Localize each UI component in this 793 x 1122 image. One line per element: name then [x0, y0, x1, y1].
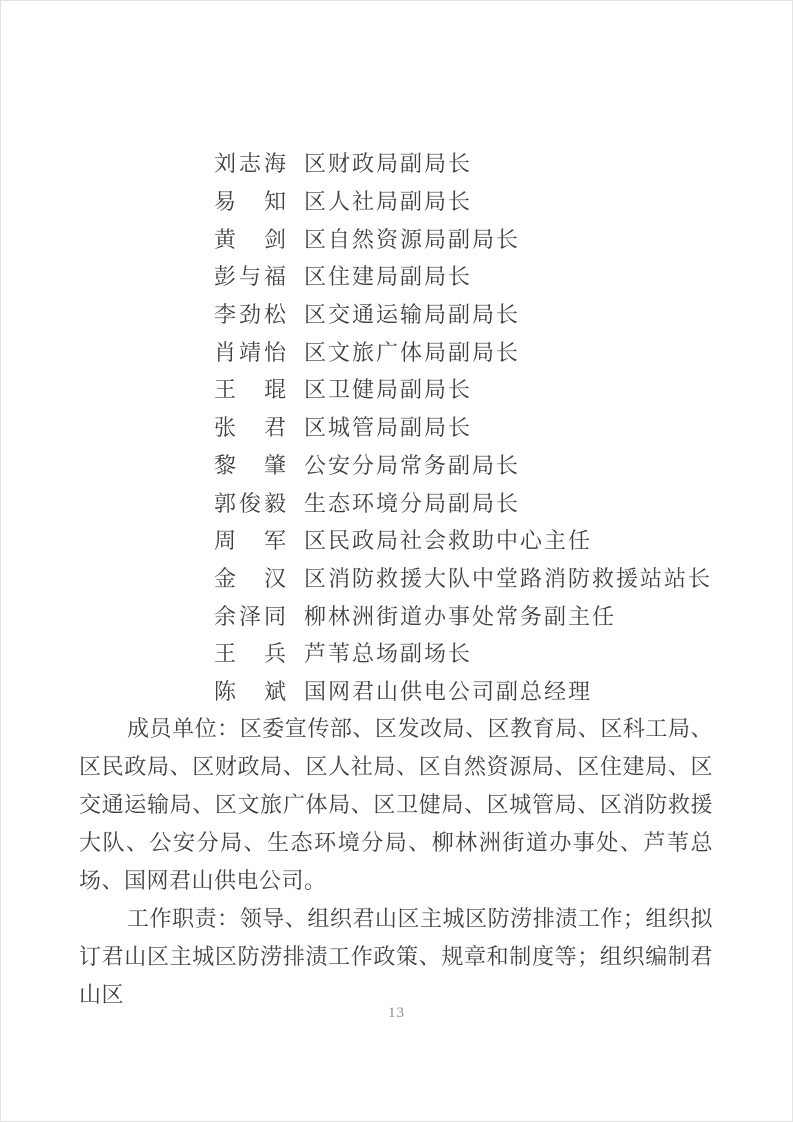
member-title: 区人社局副局长 — [304, 185, 472, 216]
document-page: 刘志海 区财政局副局长 易 知 区人社局副局长 黄 剑 区自然资源局副局长 彭与… — [0, 0, 793, 1122]
member-name: 郭俊毅 — [214, 487, 292, 518]
member-title: 区财政局副局长 — [304, 147, 472, 178]
member-row: 张 君 区城管局副局长 — [214, 408, 712, 446]
member-name: 彭与福 — [214, 260, 292, 291]
member-name: 张 君 — [214, 411, 292, 442]
member-row: 周 军 区民政局社会救助中心主任 — [214, 521, 712, 559]
member-name: 金 汉 — [214, 562, 292, 593]
member-title: 柳林洲街道办事处常务副主任 — [304, 600, 616, 631]
member-title: 区卫健局副局长 — [304, 373, 472, 404]
member-name: 王 琨 — [214, 373, 292, 404]
member-row: 彭与福 区住建局副局长 — [214, 257, 712, 295]
member-title: 区交通运输局副局长 — [304, 298, 520, 329]
member-name: 李劲松 — [214, 298, 292, 329]
member-name: 周 军 — [214, 524, 292, 555]
member-name: 陈 斌 — [214, 675, 292, 706]
member-title: 区文旅广体局副局长 — [304, 336, 520, 367]
member-row: 黎 肇 公安分局常务副局长 — [214, 446, 712, 484]
member-title: 芦苇总场副场长 — [304, 637, 472, 668]
member-name: 余泽同 — [214, 600, 292, 631]
member-name: 黎 肇 — [214, 449, 292, 480]
body-text: 成员单位：区委宣传部、区发改局、区教育局、区科工局、区民政局、区财政局、区人社局… — [79, 710, 713, 1014]
member-title: 区住建局副局长 — [304, 260, 472, 291]
member-row: 黄 剑 区自然资源局副局长 — [214, 219, 712, 257]
members-list: 刘志海 区财政局副局长 易 知 区人社局副局长 黄 剑 区自然资源局副局长 彭与… — [214, 144, 712, 709]
member-units-paragraph: 成员单位：区委宣传部、区发改局、区教育局、区科工局、区民政局、区财政局、区人社局… — [79, 710, 713, 900]
member-row: 刘志海 区财政局副局长 — [214, 144, 712, 182]
member-row: 李劲松 区交通运输局副局长 — [214, 295, 712, 333]
member-title: 公安分局常务副局长 — [304, 449, 520, 480]
member-row: 余泽同 柳林洲街道办事处常务副主任 — [214, 596, 712, 634]
member-name: 刘志海 — [214, 147, 292, 178]
member-row: 王 琨 区卫健局副局长 — [214, 370, 712, 408]
member-row: 金 汉 区消防救援大队中堂路消防救援站站长 — [214, 559, 712, 597]
responsibilities-paragraph: 工作职责：领导、组织君山区主城区防涝排渍工作；组织拟订君山区主城区防涝排渍工作政… — [79, 900, 713, 1014]
member-title: 区城管局副局长 — [304, 411, 472, 442]
member-row: 易 知 区人社局副局长 — [214, 182, 712, 220]
member-name: 黄 剑 — [214, 223, 292, 254]
member-name: 王 兵 — [214, 637, 292, 668]
member-name: 肖靖怡 — [214, 336, 292, 367]
member-name: 易 知 — [214, 185, 292, 216]
member-row: 王 兵 芦苇总场副场长 — [214, 634, 712, 672]
member-title: 区自然资源局副局长 — [304, 223, 520, 254]
member-row: 肖靖怡 区文旅广体局副局长 — [214, 332, 712, 370]
page-number: 13 — [1, 1005, 792, 1022]
member-title: 区民政局社会救助中心主任 — [304, 524, 592, 555]
member-title: 生态环境分局副局长 — [304, 487, 520, 518]
member-row: 郭俊毅 生态环境分局副局长 — [214, 483, 712, 521]
member-title: 区消防救援大队中堂路消防救援站站长 — [304, 562, 712, 593]
member-title: 国网君山供电公司副总经理 — [304, 675, 592, 706]
member-row: 陈 斌 国网君山供电公司副总经理 — [214, 672, 712, 710]
